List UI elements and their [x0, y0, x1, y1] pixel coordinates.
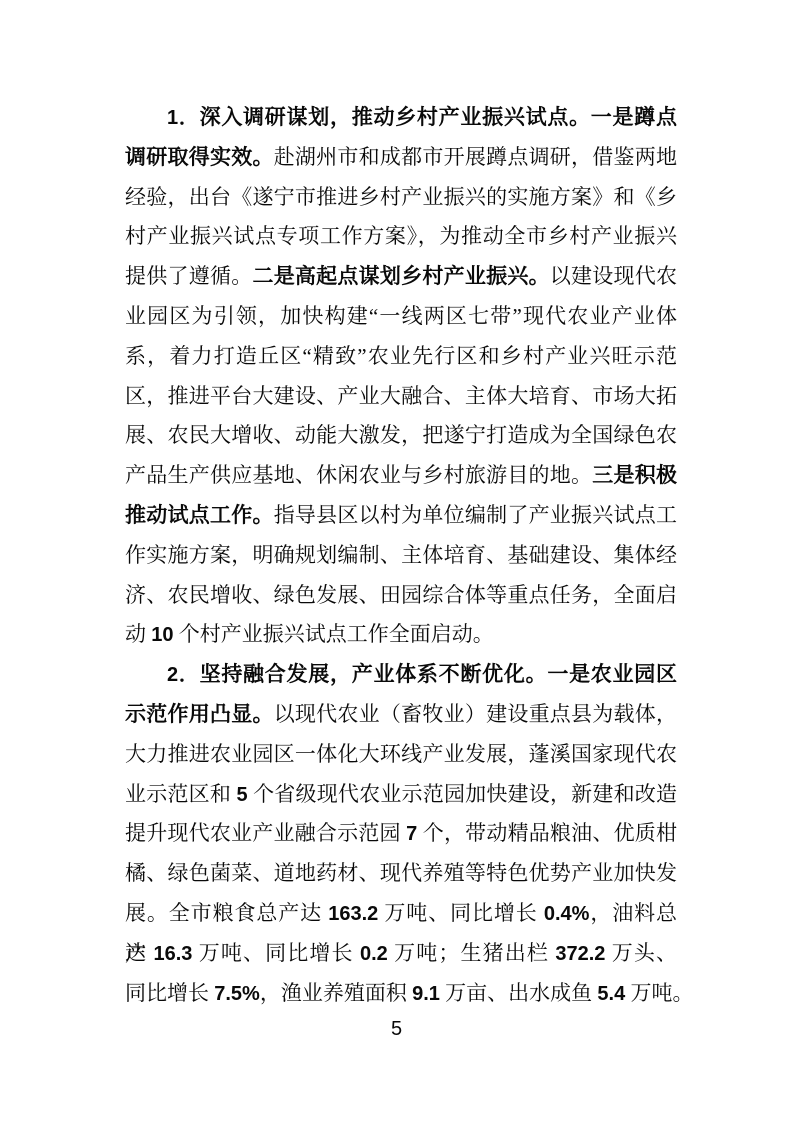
text-segment: 万头、	[605, 941, 677, 965]
text-segment: 区，推进平台大建设、产业大融合、主体大培育、市场大拓	[125, 384, 677, 408]
text-segment: 三是积极	[592, 463, 677, 487]
text-line: 提升现代农业产业融合示范园 7 个，带动精品粮油、优质柑	[125, 814, 677, 854]
text-segment: 5	[237, 784, 248, 806]
text-segment: 16.3	[153, 943, 192, 965]
text-segment: 济、农民增收、绿色发展、田园综合体等重点任务，全面启	[125, 583, 677, 607]
text-segment: 7.5%	[214, 983, 260, 1005]
text-line: 动 10 个村产业振兴试点工作全面启动。	[125, 615, 677, 655]
text-segment: 调研取得实效。	[125, 145, 274, 169]
text-segment: 个省级现代农业示范园加快建设，新建和改造	[248, 782, 677, 806]
text-line: 作实施方案，明确规划编制、主体培育、基础建设、集体经	[125, 536, 677, 576]
text-segment: 个村产业振兴试点工作全面启动。	[174, 622, 494, 646]
text-line: 同比增长 7.5%，渔业养殖面积 9.1 万亩、出水成鱼 5.4 万吨。	[125, 974, 677, 1014]
text-segment: 展。全市粮食总产达	[125, 901, 328, 925]
text-segment: 深入调研谋划，推动乡村产业振兴试点。一是蹲点	[200, 105, 677, 129]
text-segment: 橘、绿色菌菜、道地药材、现代养殖等特色优势产业加快发	[125, 861, 677, 885]
text-line: 橘、绿色菌菜、道地药材、现代养殖等特色优势产业加快发	[125, 854, 677, 894]
text-segment: 作实施方案，明确规划编制、主体培育、基础建设、集体经	[125, 543, 677, 567]
text-line: 大力推进农业园区一体化大环线产业发展，蓬溪国家现代农	[125, 735, 677, 775]
text-segment: 万吨、同比增长	[192, 941, 360, 965]
text-segment: 9.1	[412, 983, 440, 1005]
text-segment: 二是高起点谋划乡村产业振兴。	[252, 264, 549, 288]
text-line: 系，着力打造丘区“精致”农业先行区和乡村产业兴旺示范	[125, 337, 677, 377]
text-line: 区，推进平台大建设、产业大融合、主体大培育、市场大拓	[125, 377, 677, 417]
text-segment: 提供了遵循。	[125, 264, 252, 288]
text-segment: 展、农民大增收、动能大激发，把遂宁打造成为全国绿色农	[125, 423, 677, 447]
text-line: 村产业振兴试点专项工作方案》，为推动全市乡村产业振兴	[125, 217, 677, 257]
text-segment: 村产业振兴试点专项工作方案》，为推动全市乡村产业振兴	[125, 224, 677, 248]
text-segment: 赴湖州市和成都市开展蹲点调研，借鉴两地	[274, 145, 677, 169]
text-line: 提供了遵循。二是高起点谋划乡村产业振兴。以建设现代农	[125, 257, 677, 297]
text-segment: 同比增长	[125, 981, 214, 1005]
text-segment: 5.4	[597, 983, 625, 1005]
text-line: 达 16.3 万吨、同比增长 0.2 万吨；生猪出栏 372.2 万头、	[125, 934, 677, 974]
text-line: 推动试点工作。指导县区以村为单位编制了产业振兴试点工	[125, 496, 677, 536]
text-segment: 坚持融合发展，产业体系不断优化。一是农业园区	[200, 662, 677, 686]
text-line: 1．深入调研谋划，推动乡村产业振兴试点。一是蹲点	[125, 98, 677, 138]
text-line: 调研取得实效。赴湖州市和成都市开展蹲点调研，借鉴两地	[125, 138, 677, 178]
text-segment: 2．	[167, 664, 200, 686]
text-line: 展。全市粮食总产达 163.2 万吨、同比增长 0.4%，油料总产	[125, 894, 677, 934]
text-segment: 万吨、同比增长	[378, 901, 544, 925]
text-segment: 个，带动精品粮油、优质柑	[417, 821, 677, 845]
text-line: 2．坚持融合发展，产业体系不断优化。一是农业园区	[125, 655, 677, 695]
text-line: 经验，出台《遂宁市推进乡村产业振兴的实施方案》和《乡	[125, 178, 677, 218]
text-segment: 10	[151, 624, 173, 646]
text-segment: 1．	[167, 107, 200, 129]
text-segment: 产品生产供应基地、休闲农业与乡村旅游目的地。	[125, 463, 592, 487]
text-segment: 指导县区以村为单位编制了产业振兴试点工	[274, 503, 677, 527]
text-segment: 大力推进农业园区一体化大环线产业发展，蓬溪国家现代农	[125, 742, 677, 766]
text-segment: 万吨；生猪出栏	[388, 941, 556, 965]
document-page: 1．深入调研谋划，推动乡村产业振兴试点。一是蹲点调研取得实效。赴湖州市和成都市开…	[0, 0, 793, 1122]
text-segment: 经验，出台《遂宁市推进乡村产业振兴的实施方案》和《乡	[125, 185, 677, 209]
text-segment: 示范作用凸显。	[125, 702, 274, 726]
text-line: 济、农民增收、绿色发展、田园综合体等重点任务，全面启	[125, 576, 677, 616]
text-line: 示范作用凸显。以现代农业（畜牧业）建设重点县为载体，	[125, 695, 677, 735]
text-segment: ，渔业养殖面积	[260, 981, 412, 1005]
text-segment: 系，着力打造丘区“精致”农业先行区和乡村产业兴旺示范	[125, 344, 677, 368]
text-segment: 0.4%	[544, 903, 590, 925]
text-segment: 业园区为引领，加快构建“一线两区七带”现代农业产业体	[125, 304, 677, 328]
text-segment: 0.2	[360, 943, 388, 965]
text-segment: 万吨。	[625, 981, 693, 1005]
text-line: 业园区为引领，加快构建“一线两区七带”现代农业产业体	[125, 297, 677, 337]
page-number: 5	[0, 1014, 793, 1044]
text-segment: 提升现代农业产业融合示范园	[125, 821, 406, 845]
text-segment: 7	[406, 823, 417, 845]
text-line: 展、农民大增收、动能大激发，把遂宁打造成为全国绿色农	[125, 416, 677, 456]
document-body: 1．深入调研谋划，推动乡村产业振兴试点。一是蹲点调研取得实效。赴湖州市和成都市开…	[125, 98, 677, 1013]
text-segment: 163.2	[328, 903, 378, 925]
text-segment: 推动试点工作。	[125, 503, 274, 527]
text-line: 业示范区和 5 个省级现代农业示范园加快建设，新建和改造	[125, 775, 677, 815]
text-line: 产品生产供应基地、休闲农业与乡村旅游目的地。三是积极	[125, 456, 677, 496]
text-segment: 372.2	[555, 943, 605, 965]
text-segment: 达	[125, 941, 153, 965]
text-segment: 动	[125, 622, 151, 646]
text-segment: 业示范区和	[125, 782, 237, 806]
text-segment: 以建设现代农	[550, 264, 677, 288]
text-segment: 万亩、出水成鱼	[440, 981, 598, 1005]
text-segment: 以现代农业（畜牧业）建设重点县为载体，	[274, 702, 677, 726]
